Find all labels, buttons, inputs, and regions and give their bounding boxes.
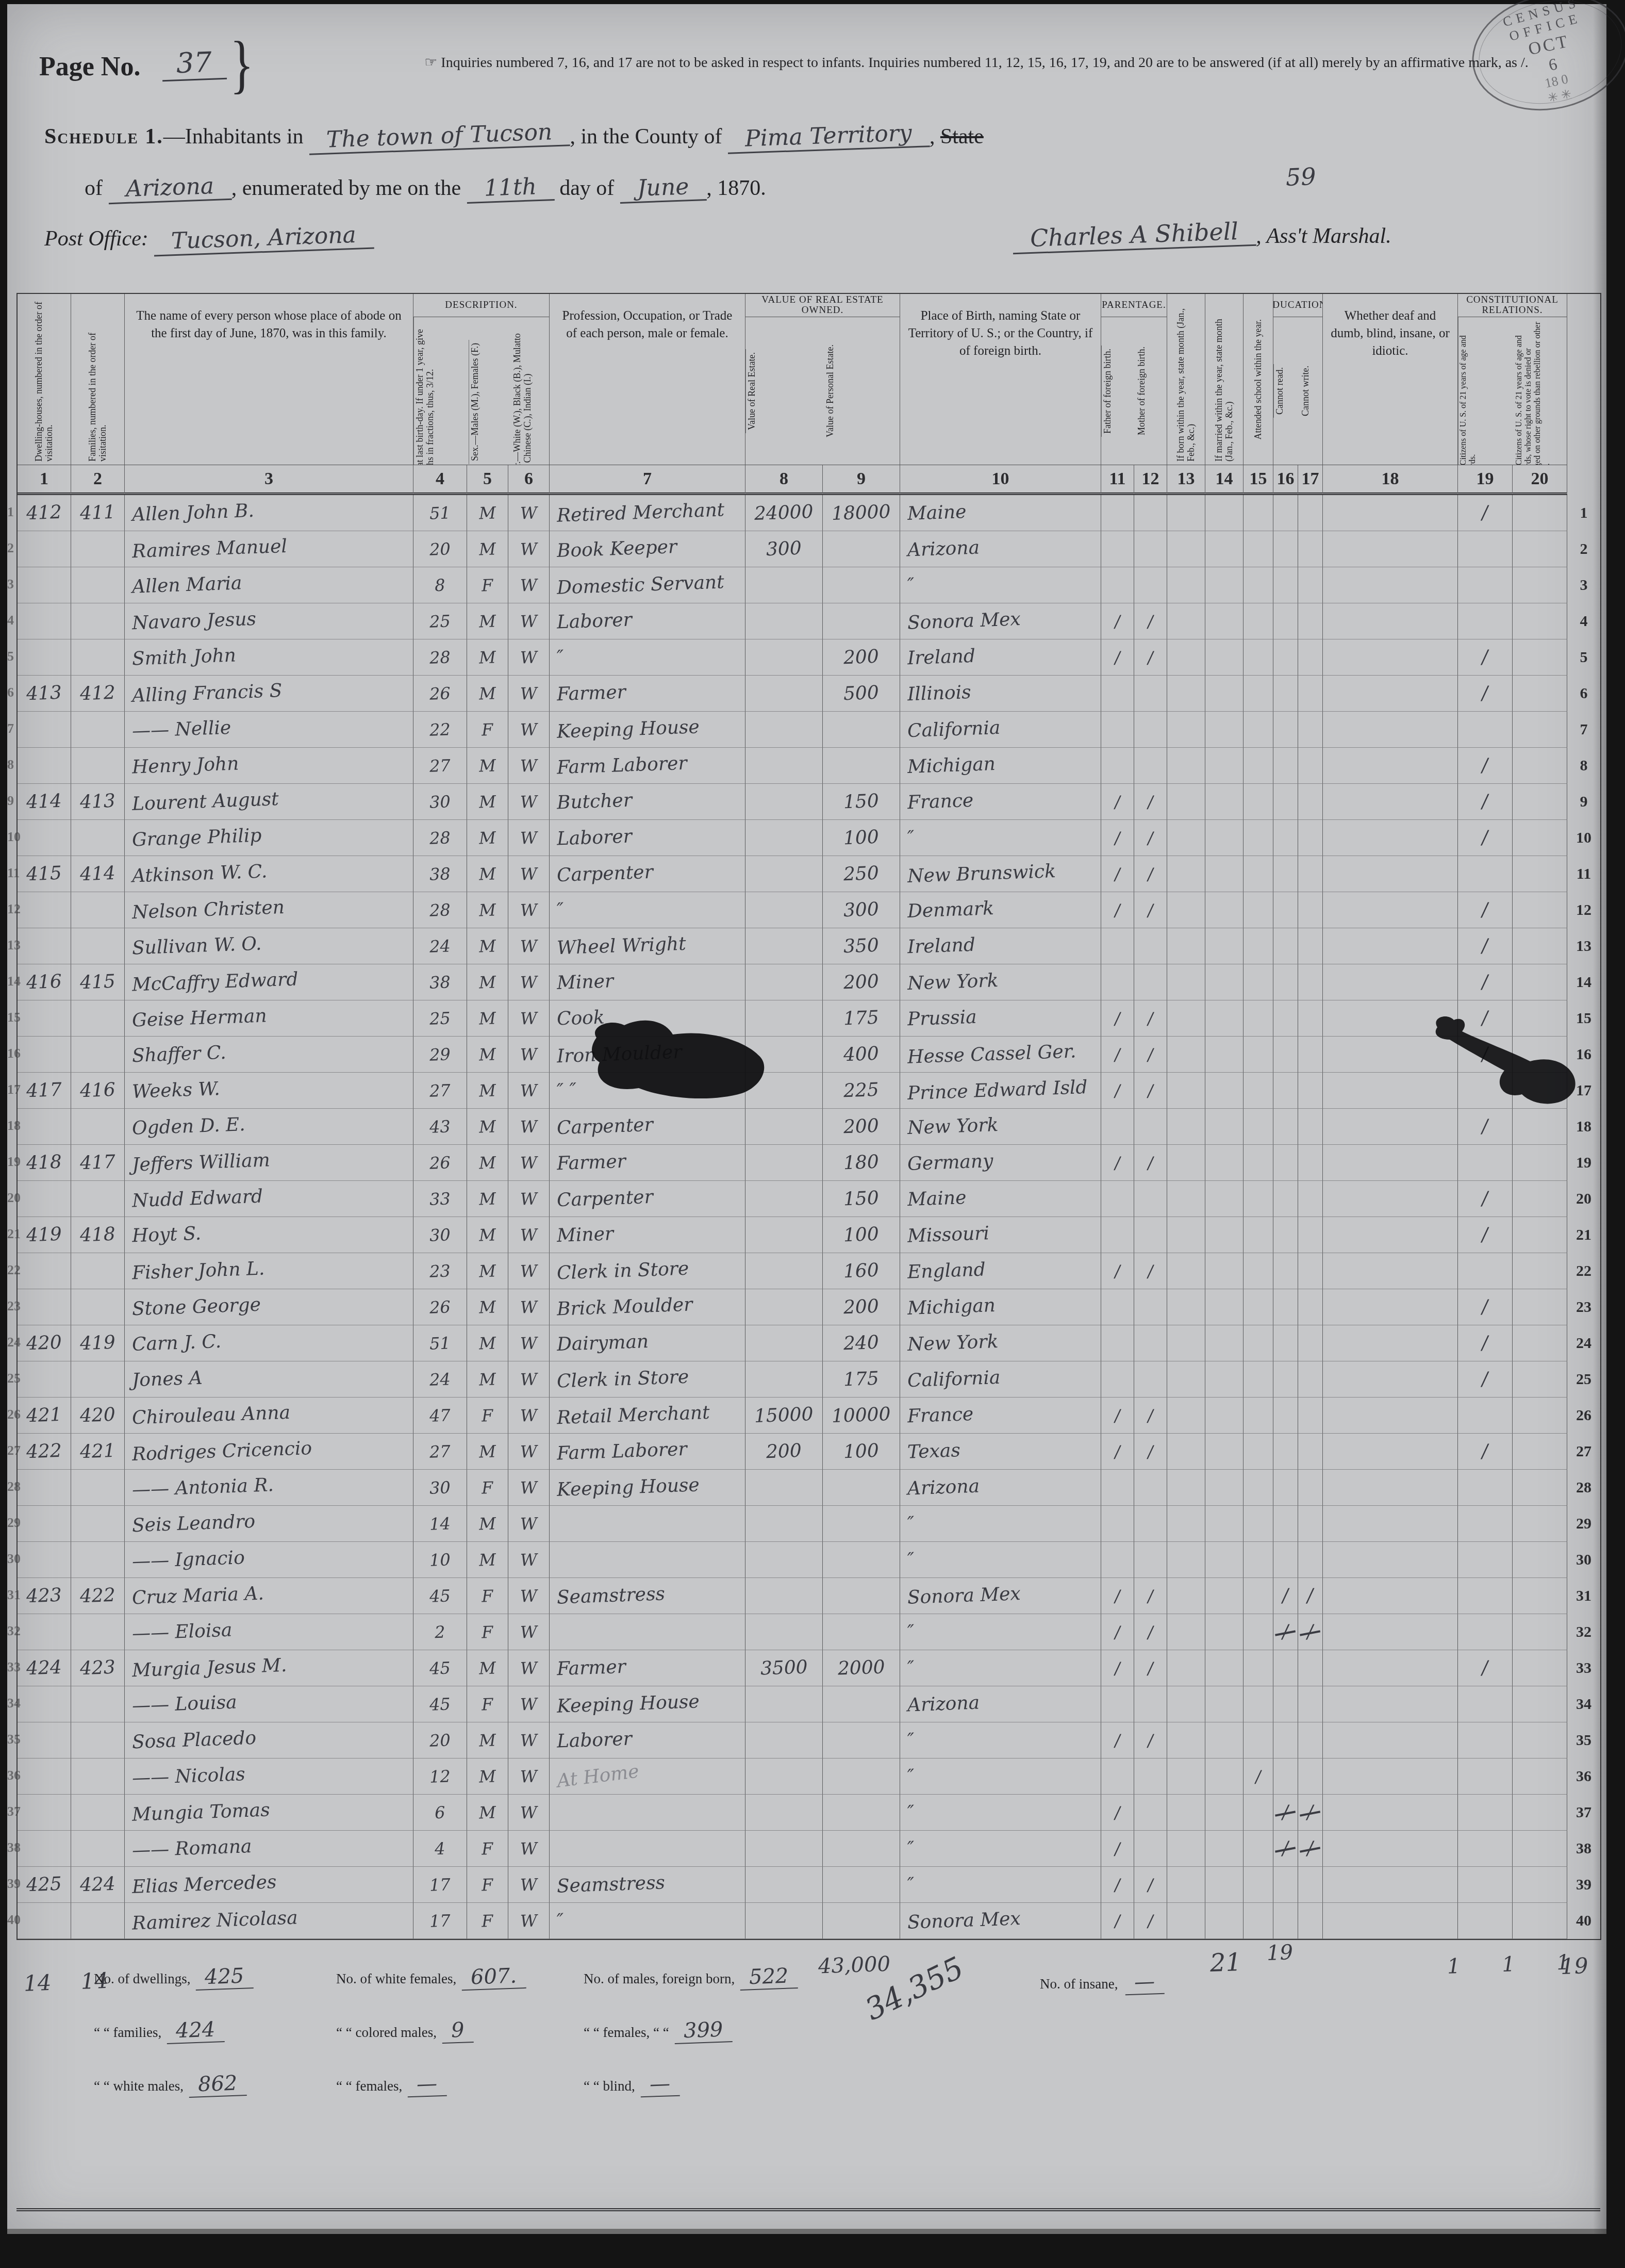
cell-r2-age: 20 xyxy=(413,531,467,567)
color-value: W xyxy=(520,1875,537,1895)
cell-r33-father-foreign-mark: / xyxy=(1101,1650,1134,1686)
cell-r21-personal-estate-value: 100 xyxy=(823,1217,900,1253)
cell-r3-real-estate-value xyxy=(745,567,823,603)
cell-r6-occupation: Farmer xyxy=(550,676,745,712)
cell-r16-cannot-write-mark xyxy=(1298,1037,1323,1073)
sex-value: F xyxy=(482,719,494,739)
person-name-value: Ramires Manuel xyxy=(131,536,287,562)
cell-r38-cannot-write-mark: / xyxy=(1298,1831,1323,1867)
cannot-write-mark-value: / xyxy=(1307,1802,1314,1823)
cell-r22-color: W xyxy=(508,1253,550,1289)
cell-r38-mother-foreign-mark xyxy=(1134,1831,1167,1867)
cell-r31-age: 45 xyxy=(413,1578,467,1614)
cell-r39-mother-foreign-mark: / xyxy=(1134,1867,1167,1903)
cell-r28-mother-foreign-mark xyxy=(1134,1470,1167,1506)
cell-r39-married-month xyxy=(1205,1867,1243,1903)
cell-r21-father-foreign-mark xyxy=(1101,1217,1134,1253)
male-citizen-mark-value: / xyxy=(1482,791,1489,812)
cell-r28-family-number xyxy=(71,1470,125,1506)
footer-label-blind: “ “ blind, xyxy=(584,2078,635,2094)
birthplace-value: Michigan xyxy=(907,1295,996,1319)
cell-r39-male-citizen-mark xyxy=(1458,1867,1513,1903)
cell-r32-color: W xyxy=(508,1614,550,1650)
cell-r14-occupation: Miner xyxy=(550,964,745,1000)
cell-r31-father-foreign-mark: / xyxy=(1101,1578,1134,1614)
column-header-7: Profession, Occupation, or Trade of each… xyxy=(550,294,745,465)
cell-r30-color: W xyxy=(508,1542,550,1578)
personal-estate-value-value: 200 xyxy=(843,1115,879,1138)
cell-r36-real-estate-value xyxy=(745,1758,823,1795)
person-name-value: Carn J. C. xyxy=(131,1331,221,1355)
cell-r24-born-month xyxy=(1167,1325,1205,1361)
cell-r20-person-name: Nudd Edward xyxy=(125,1181,413,1217)
footer-label-families: “ “ families, xyxy=(94,2025,161,2040)
cell-r4-father-foreign-mark: / xyxy=(1101,603,1134,639)
cell-r28-male-citizen-mark xyxy=(1458,1470,1513,1506)
cell-r38-born-month xyxy=(1167,1831,1205,1867)
cell-r30-male-citizen-mark xyxy=(1458,1542,1513,1578)
footer-margin-count-1: 14 xyxy=(23,1970,52,1996)
cell-r37-married-month xyxy=(1205,1795,1243,1831)
cell-r1-male-citizen-mark: / xyxy=(1458,495,1513,531)
cell-r28-age: 30 xyxy=(413,1470,467,1506)
column-number-20: 20 xyxy=(1513,465,1567,495)
color-value: W xyxy=(520,1333,537,1353)
color-value: W xyxy=(520,611,537,631)
cell-r36-mother-foreign-mark xyxy=(1134,1758,1167,1795)
column-number-4: 4 xyxy=(413,465,467,495)
cell-r29-father-foreign-mark xyxy=(1101,1506,1134,1542)
occupation-value: ″ xyxy=(556,899,564,921)
cell-r1-cannot-read-mark xyxy=(1273,495,1298,531)
birthplace-value: Arizona xyxy=(907,537,980,561)
birthplace-value: ″ xyxy=(907,574,915,596)
row-number-right-1: 1 xyxy=(1567,495,1600,531)
row-number-right-24: 24 xyxy=(1567,1325,1600,1361)
sex-value: F xyxy=(482,1622,494,1642)
mother-foreign-mark-value: / xyxy=(1147,1405,1153,1425)
cell-r3-sex: F xyxy=(467,567,508,603)
cell-r22-person-name: Fisher John L. xyxy=(125,1253,413,1289)
birthplace-value: Arizona xyxy=(907,1476,980,1500)
cell-r30-real-estate-value xyxy=(745,1542,823,1578)
row-number-right-37: 37 xyxy=(1567,1795,1600,1831)
cell-r8-occupation: Farm Laborer xyxy=(550,748,745,784)
footer-label-females: “ “ females, “ “ xyxy=(584,2025,669,2040)
birthplace-value: ″ xyxy=(907,1838,915,1859)
cell-r13-occupation: Wheel Wright xyxy=(550,928,745,964)
birthplace-value: Sonora Mex xyxy=(907,1583,1021,1608)
personal-estate-value-value: 500 xyxy=(843,682,879,704)
cell-r7-married-month xyxy=(1205,712,1243,748)
footer-label-no-of-dwellings: No. of dwellings, xyxy=(94,1971,190,1986)
birthplace-value: New York xyxy=(907,970,999,994)
cell-r4-real-estate-value xyxy=(745,603,823,639)
cell-r37-deaf-dumb-blind xyxy=(1323,1795,1458,1831)
cell-r3-attended-school-mark xyxy=(1243,567,1273,603)
cell-r28-father-foreign-mark xyxy=(1101,1470,1134,1506)
occupation-value: Domestic Servant xyxy=(556,571,724,598)
cell-r2-father-foreign-mark xyxy=(1101,531,1134,567)
cell-r33-mother-foreign-mark: / xyxy=(1134,1650,1167,1686)
male-citizen-mark-value: / xyxy=(1482,1333,1489,1354)
cell-r28-cannot-write-mark xyxy=(1298,1470,1323,1506)
column-header-10: Place of Birth, naming State or Territor… xyxy=(900,294,1101,465)
cell-r8-born-month xyxy=(1167,748,1205,784)
row-number-right-27: 27 xyxy=(1567,1434,1600,1470)
cell-r22-dwelling-number xyxy=(18,1253,71,1289)
cell-r13-personal-estate-value: 350 xyxy=(823,928,900,964)
birthplace-value: ″ xyxy=(907,1802,915,1823)
cell-r15-mother-foreign-mark: / xyxy=(1134,1000,1167,1037)
person-name-value: Rodriges Cricencio xyxy=(131,1438,312,1465)
occupation-value: Farmer xyxy=(556,1656,626,1680)
cell-r9-mother-foreign-mark: / xyxy=(1134,784,1167,820)
cell-r29-age: 14 xyxy=(413,1506,467,1542)
row-number-right-12: 12 xyxy=(1567,892,1600,928)
cell-r24-family-number: 419 xyxy=(71,1325,125,1361)
cell-r34-cannot-write-mark xyxy=(1298,1686,1323,1722)
footer-item-3-1: “ “ white males,862 xyxy=(94,2072,336,2097)
cell-r8-married-month xyxy=(1205,748,1243,784)
cell-r10-attended-school-mark xyxy=(1243,820,1273,856)
cell-r35-born-month xyxy=(1167,1722,1205,1758)
sex-value: M xyxy=(478,755,496,776)
cell-r11-mother-foreign-mark: / xyxy=(1134,856,1167,892)
cell-r25-personal-estate-value: 175 xyxy=(823,1361,900,1398)
cell-r40-cannot-write-mark xyxy=(1298,1903,1323,1939)
page-no-value: 37 xyxy=(161,45,227,81)
footer-value-females: — xyxy=(407,2072,447,2098)
cell-r4-color: W xyxy=(508,603,550,639)
cell-r11-color: W xyxy=(508,856,550,892)
cell-r30-citizen-denied-mark xyxy=(1513,1542,1567,1578)
cell-r17-family-number: 416 xyxy=(71,1073,125,1109)
cell-r29-family-number xyxy=(71,1506,125,1542)
cell-r21-dwelling-number: 419 xyxy=(18,1217,71,1253)
cell-r25-person-name: Jones A xyxy=(125,1361,413,1398)
cell-r10-deaf-dumb-blind xyxy=(1323,820,1458,856)
cell-r25-cannot-read-mark xyxy=(1273,1361,1298,1398)
occupation-value: Iron Moulder xyxy=(556,1042,682,1067)
cell-r29-deaf-dumb-blind xyxy=(1323,1506,1458,1542)
sex-value: M xyxy=(478,1441,496,1461)
cell-r31-married-month xyxy=(1205,1578,1243,1614)
cell-r23-person-name: Stone George xyxy=(125,1289,413,1325)
birthplace-value: Sonora Mex xyxy=(907,1908,1021,1933)
cell-r17-attended-school-mark xyxy=(1243,1073,1273,1109)
cell-r37-father-foreign-mark: / xyxy=(1101,1795,1134,1831)
cell-r34-person-name: —— Louisa xyxy=(125,1686,413,1722)
cell-r12-citizen-denied-mark xyxy=(1513,892,1567,928)
cell-r6-citizen-denied-mark xyxy=(1513,676,1567,712)
cannot-read-mark-value: / xyxy=(1282,1621,1289,1642)
cell-r7-born-month xyxy=(1167,712,1205,748)
cell-r26-born-month xyxy=(1167,1398,1205,1434)
personal-estate-value-value: 2000 xyxy=(837,1656,885,1679)
sex-value: M xyxy=(478,1766,496,1786)
cell-r11-personal-estate-value: 250 xyxy=(823,856,900,892)
sex-value: M xyxy=(478,1550,496,1570)
person-name-value: Nelson Christen xyxy=(131,897,285,923)
cell-r17-real-estate-value xyxy=(745,1073,823,1109)
cell-r17-dwelling-number: 417 xyxy=(18,1073,71,1109)
cell-r32-age: 2 xyxy=(413,1614,467,1650)
schedule-prefix: —Inhabitants in xyxy=(163,125,304,149)
cell-r26-male-citizen-mark xyxy=(1458,1398,1513,1434)
cell-r10-dwelling-number xyxy=(18,820,71,856)
person-name-value: —— Antonia R. xyxy=(131,1474,274,1501)
sex-value: M xyxy=(478,972,496,992)
cell-r10-mother-foreign-mark: / xyxy=(1134,820,1167,856)
column-number-18: 18 xyxy=(1323,465,1458,495)
cell-r36-deaf-dumb-blind xyxy=(1323,1758,1458,1795)
cell-r2-mother-foreign-mark xyxy=(1134,531,1167,567)
occupation-value: ″ xyxy=(556,1910,564,1931)
cell-r24-dwelling-number: 420 xyxy=(18,1325,71,1361)
cell-r6-color: W xyxy=(508,676,550,712)
cell-r37-citizen-denied-mark xyxy=(1513,1795,1567,1831)
birthplace-value: Texas xyxy=(907,1440,960,1463)
mother-foreign-mark-value: / xyxy=(1147,864,1153,883)
mother-foreign-mark-value: / xyxy=(1147,1008,1153,1028)
group-subcolumns-parentage: Father of foreign birth.Mother of foreig… xyxy=(1101,317,1167,465)
dwelling-number-value: 422 xyxy=(26,1440,62,1462)
age-value: 24 xyxy=(429,936,451,956)
cell-r32-sex: F xyxy=(467,1614,508,1650)
cell-r15-real-estate-value xyxy=(745,1000,823,1037)
cell-r18-age: 43 xyxy=(413,1109,467,1145)
sex-value: M xyxy=(478,1658,496,1678)
column-header-15: Attended school within the year. xyxy=(1243,294,1273,465)
age-value: 26 xyxy=(429,683,451,703)
age-value: 25 xyxy=(429,1008,451,1028)
row-number-right-17: 17 xyxy=(1567,1073,1600,1109)
cannot-read-mark-value: / xyxy=(1282,1838,1289,1859)
cell-r25-married-month xyxy=(1205,1361,1243,1398)
cell-r14-citizen-denied-mark xyxy=(1513,964,1567,1000)
cell-r39-occupation: Seamstress xyxy=(550,1867,745,1903)
cell-r27-mother-foreign-mark: / xyxy=(1134,1434,1167,1470)
male-citizen-mark-value: / xyxy=(1482,1188,1489,1209)
occupation-value: Keeping House xyxy=(556,1691,700,1717)
cell-r20-cannot-read-mark xyxy=(1273,1181,1298,1217)
color-value: W xyxy=(520,1514,537,1534)
cannot-write-mark-value: / xyxy=(1307,1621,1314,1642)
footer-label-no-of-white-females: No. of white females, xyxy=(336,1971,456,1986)
cell-r23-born-month xyxy=(1167,1289,1205,1325)
cell-r30-attended-school-mark xyxy=(1243,1542,1273,1578)
row-number-right-23: 23 xyxy=(1567,1289,1600,1325)
cell-r24-personal-estate-value: 240 xyxy=(823,1325,900,1361)
cell-r14-deaf-dumb-blind xyxy=(1323,964,1458,1000)
cell-r33-person-name: Murgia Jesus M. xyxy=(125,1650,413,1686)
cell-r3-person-name: Allen Maria xyxy=(125,567,413,603)
cell-r22-attended-school-mark xyxy=(1243,1253,1273,1289)
cell-r4-mother-foreign-mark: / xyxy=(1134,603,1167,639)
row-number-right-10: 10 xyxy=(1567,820,1600,856)
cell-r13-real-estate-value xyxy=(745,928,823,964)
column-header-text-15: Attended school within the year. xyxy=(1252,316,1264,442)
cell-r21-married-month xyxy=(1205,1217,1243,1253)
age-value: 27 xyxy=(429,1441,451,1461)
person-name-value: Ramirez Nicolasa xyxy=(131,1907,298,1934)
cell-r4-personal-estate-value xyxy=(823,603,900,639)
father-foreign-mark-value: / xyxy=(1114,828,1120,847)
cell-r5-citizen-denied-mark xyxy=(1513,639,1567,676)
insane-value: — xyxy=(1125,1969,1165,1996)
cell-r9-person-name: Lourent August xyxy=(125,784,413,820)
footer-item-3-3: “ “ blind,— xyxy=(584,2072,872,2097)
cell-r39-personal-estate-value xyxy=(823,1867,900,1903)
cell-r11-real-estate-value xyxy=(745,856,823,892)
cell-r1-personal-estate-value: 18000 xyxy=(823,495,900,531)
cell-r9-married-month xyxy=(1205,784,1243,820)
male-citizen-mark-value: / xyxy=(1482,1441,1489,1462)
cell-r20-age: 33 xyxy=(413,1181,467,1217)
cell-r36-cannot-read-mark xyxy=(1273,1758,1298,1795)
cell-r19-occupation: Farmer xyxy=(550,1145,745,1181)
sex-value: M xyxy=(478,936,496,956)
birthplace-value: Illinois xyxy=(907,682,971,705)
cell-r8-dwelling-number xyxy=(18,748,71,784)
age-value: 45 xyxy=(429,1586,451,1606)
cell-r3-male-citizen-mark xyxy=(1458,567,1513,603)
row-number-right-19: 19 xyxy=(1567,1145,1600,1181)
row-number-right-34: 34 xyxy=(1567,1686,1600,1722)
cell-r1-father-foreign-mark xyxy=(1101,495,1134,531)
cell-r4-deaf-dumb-blind xyxy=(1323,603,1458,639)
cell-r38-dwelling-number xyxy=(18,1831,71,1867)
birthplace-value: England xyxy=(907,1259,986,1283)
color-value: W xyxy=(520,1730,537,1750)
footer-item-1-2: No. of white females,607. xyxy=(336,1965,584,1990)
cell-r1-occupation: Retired Merchant xyxy=(550,495,745,531)
cell-r13-birthplace: Ireland xyxy=(900,928,1101,964)
cell-r13-married-month xyxy=(1205,928,1243,964)
column-number-10: 10 xyxy=(900,465,1101,495)
cell-r19-born-month xyxy=(1167,1145,1205,1181)
cell-r9-cannot-write-mark xyxy=(1298,784,1323,820)
cell-r23-color: W xyxy=(508,1289,550,1325)
color-value: W xyxy=(520,828,537,848)
cell-r15-father-foreign-mark: / xyxy=(1101,1000,1134,1037)
cell-r3-cannot-write-mark xyxy=(1298,567,1323,603)
cell-r18-real-estate-value xyxy=(745,1109,823,1145)
age-value: 6 xyxy=(435,1802,446,1822)
column-header-11: Father of foreign birth. xyxy=(1101,346,1136,437)
mother-foreign-mark-value: / xyxy=(1147,1730,1153,1750)
column-number-19: 19 xyxy=(1458,465,1513,495)
cell-r18-mother-foreign-mark xyxy=(1134,1109,1167,1145)
cell-r12-male-citizen-mark: / xyxy=(1458,892,1513,928)
cell-r33-male-citizen-mark: / xyxy=(1458,1650,1513,1686)
birthplace-value: California xyxy=(907,717,1001,742)
cell-r2-color: W xyxy=(508,531,550,567)
cell-r22-born-month xyxy=(1167,1253,1205,1289)
cell-r34-born-month xyxy=(1167,1686,1205,1722)
cell-r30-occupation xyxy=(550,1542,745,1578)
age-value: 23 xyxy=(429,1261,451,1281)
footer-label-white-males: “ “ white males, xyxy=(94,2078,184,2094)
cell-r8-sex: M xyxy=(467,748,508,784)
column-group-value-of-real-estate-owned: VALUE OF REAL ESTATE OWNED.Value of Real… xyxy=(745,294,900,465)
cell-r10-cannot-read-mark xyxy=(1273,820,1298,856)
cell-r3-married-month xyxy=(1205,567,1243,603)
cell-r15-person-name: Geise Herman xyxy=(125,1000,413,1037)
cell-r24-sex: M xyxy=(467,1325,508,1361)
page-no-label: Page No. xyxy=(39,52,140,82)
mother-foreign-mark-value: / xyxy=(1147,828,1153,847)
cell-r2-cannot-read-mark xyxy=(1273,531,1298,567)
age-value: 45 xyxy=(429,1658,451,1678)
right-gutter-header xyxy=(1567,294,1600,465)
cell-r17-person-name: Weeks W. xyxy=(125,1073,413,1109)
sex-value: F xyxy=(482,1911,494,1931)
cell-r1-cannot-write-mark xyxy=(1298,495,1323,531)
occupation-value: At Home xyxy=(556,1761,640,1792)
father-foreign-mark-value: / xyxy=(1114,1153,1120,1172)
cell-r14-cannot-read-mark xyxy=(1273,964,1298,1000)
cell-r9-color: W xyxy=(508,784,550,820)
father-foreign-mark-value: / xyxy=(1114,1622,1120,1641)
column-header-14: If married within the year, state month … xyxy=(1205,294,1243,465)
cell-r20-occupation: Carpenter xyxy=(550,1181,745,1217)
cell-r6-cannot-write-mark xyxy=(1298,676,1323,712)
cell-r16-cannot-read-mark xyxy=(1273,1037,1298,1073)
totals-footer: 14 14 No. of dwellings,425No. of white f… xyxy=(16,1938,1600,2211)
column-header-9: Value of Personal Estate. xyxy=(824,341,900,440)
cell-r35-male-citizen-mark xyxy=(1458,1722,1513,1758)
cell-r30-family-number xyxy=(71,1542,125,1578)
cell-r11-family-number: 414 xyxy=(71,856,125,892)
person-name-value: —— Nicolas xyxy=(131,1764,245,1789)
header-instructions: ☞ Inquiries numbered 7, 16, and 17 are n… xyxy=(368,54,1585,72)
cell-r15-cannot-read-mark xyxy=(1273,1000,1298,1037)
cell-r26-cannot-read-mark xyxy=(1273,1398,1298,1434)
father-foreign-mark-value: / xyxy=(1114,1008,1120,1028)
occupation-value: Book Keeper xyxy=(556,536,677,562)
cell-r19-cannot-write-mark xyxy=(1298,1145,1323,1181)
cell-r25-born-month xyxy=(1167,1361,1205,1398)
cell-r20-mother-foreign-mark xyxy=(1134,1181,1167,1217)
column-number-11: 11 xyxy=(1101,465,1134,495)
cell-r19-age: 26 xyxy=(413,1145,467,1181)
cell-r37-cannot-write-mark: / xyxy=(1298,1795,1323,1831)
cell-r11-attended-school-mark xyxy=(1243,856,1273,892)
person-name-value: Chirouleau Anna xyxy=(131,1402,290,1429)
mother-foreign-mark-value: / xyxy=(1147,1044,1153,1064)
cell-r3-deaf-dumb-blind xyxy=(1323,567,1458,603)
cell-r11-cannot-write-mark xyxy=(1298,856,1323,892)
cell-r36-attended-school-mark: / xyxy=(1243,1758,1273,1795)
color-value: W xyxy=(520,1477,537,1498)
cell-r31-family-number: 422 xyxy=(71,1578,125,1614)
cell-r1-birthplace: Maine xyxy=(900,495,1101,531)
father-foreign-mark-value: / xyxy=(1114,1586,1120,1605)
personal-estate-value-value: 18000 xyxy=(832,501,891,524)
cell-r12-color: W xyxy=(508,892,550,928)
cell-r13-cannot-write-mark xyxy=(1298,928,1323,964)
cell-r29-dwelling-number xyxy=(18,1506,71,1542)
cell-r33-attended-school-mark xyxy=(1243,1650,1273,1686)
cell-r31-real-estate-value xyxy=(745,1578,823,1614)
cell-r9-family-number: 413 xyxy=(71,784,125,820)
sex-value: M xyxy=(478,1008,496,1028)
cell-r26-real-estate-value: 15000 xyxy=(745,1398,823,1434)
row-number-right-33: 33 xyxy=(1567,1650,1600,1686)
personal-estate-value-value: 10000 xyxy=(832,1404,891,1427)
